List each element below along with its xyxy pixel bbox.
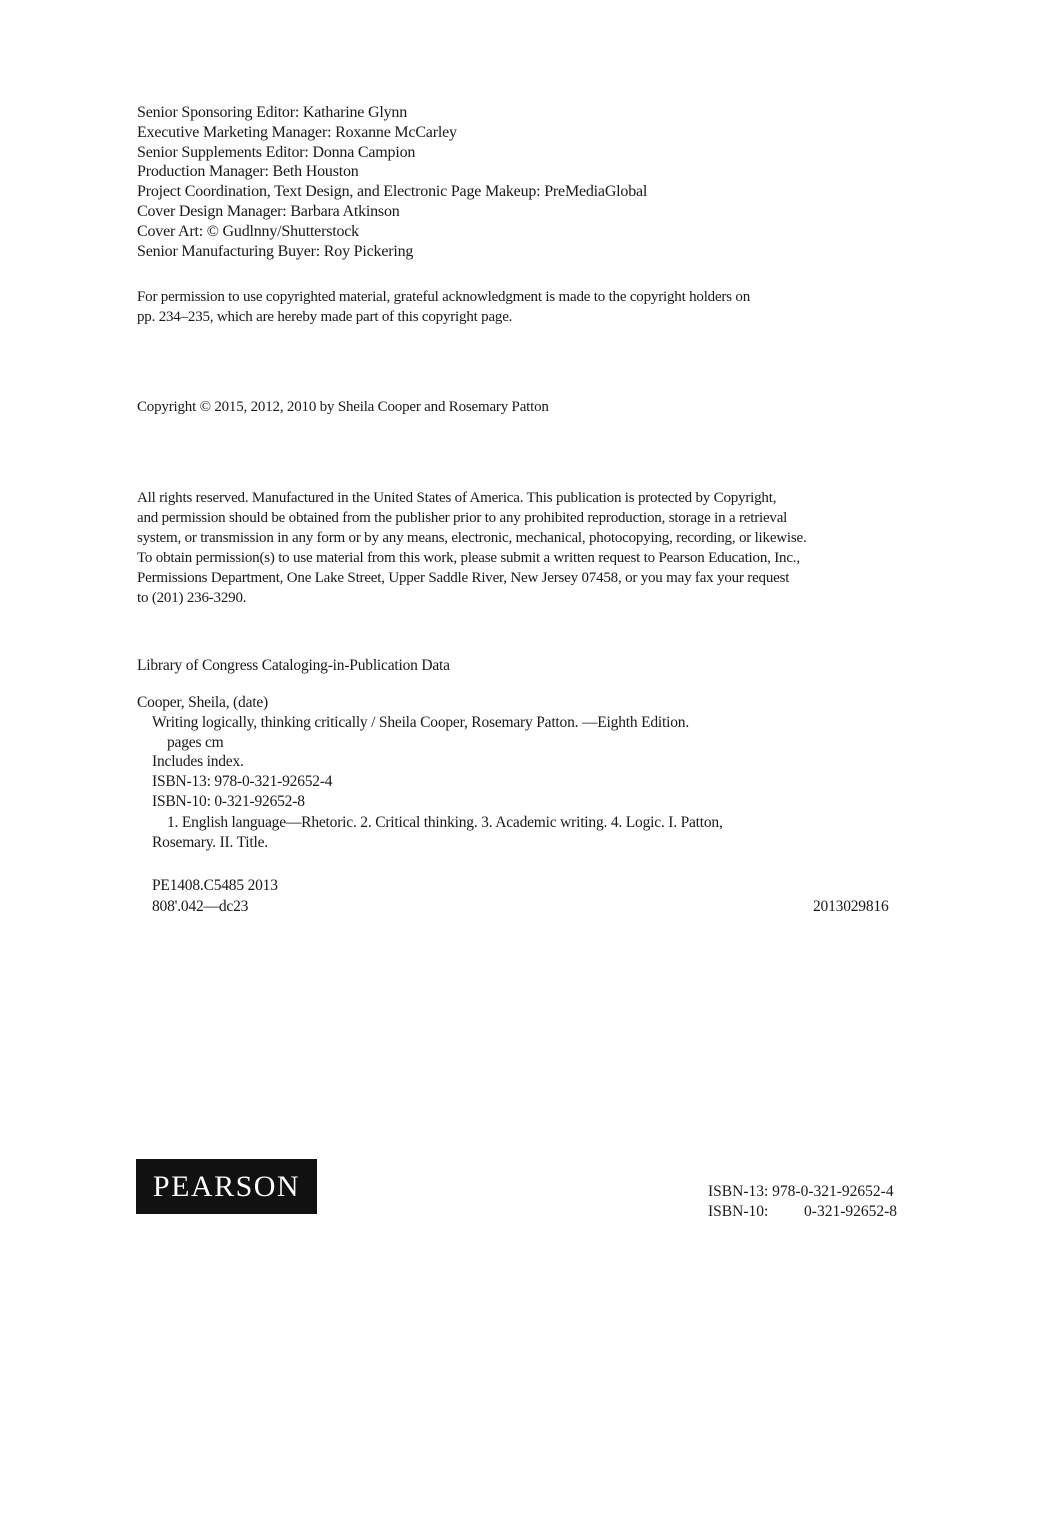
cip-subjects: 1. English language—Rhetoric. 2. Critica… bbox=[167, 813, 723, 833]
permission-line: pp. 234–235, which are hereby made part … bbox=[137, 307, 512, 327]
cip-isbn13: ISBN-13: 978-0-321-92652-4 bbox=[152, 772, 332, 792]
cip-lc-class: PE1408.C5485 2013 bbox=[152, 876, 278, 896]
footer-isbn13: ISBN-13: 978-0-321-92652-4 bbox=[708, 1182, 894, 1202]
permission-line: For permission to use copyrighted materi… bbox=[137, 287, 750, 307]
rights-line: To obtain permission(s) to use material … bbox=[137, 548, 800, 568]
rights-line: All rights reserved. Manufactured in the… bbox=[137, 488, 776, 508]
cip-subjects-cont: Rosemary. II. Title. bbox=[152, 833, 268, 853]
rights-line: system, or transmission in any form or b… bbox=[137, 528, 807, 548]
cip-isbn10: ISBN-10: 0-321-92652-8 bbox=[152, 792, 305, 812]
credit-line: Senior Supplements Editor: Donna Campion bbox=[137, 143, 415, 163]
isbn10-label: ISBN-10: bbox=[708, 1203, 768, 1220]
credit-line: Production Manager: Beth Houston bbox=[137, 162, 359, 182]
isbn10-value: 0-321-92652-8 bbox=[804, 1203, 897, 1220]
credit-line: Senior Manufacturing Buyer: Roy Pickerin… bbox=[137, 242, 413, 262]
copyright-line: Copyright © 2015, 2012, 2010 by Sheila C… bbox=[137, 397, 549, 417]
cip-author: Cooper, Sheila, (date) bbox=[137, 693, 268, 713]
pearson-logo: PEARSON bbox=[136, 1159, 317, 1214]
footer-isbn10: ISBN-10: 0-321-92652-8 bbox=[708, 1202, 897, 1222]
credit-line: Project Coordination, Text Design, and E… bbox=[137, 182, 647, 202]
credit-line: Cover Design Manager: Barbara Atkinson bbox=[137, 202, 400, 222]
cip-dewey: 808'.042—dc23 bbox=[152, 897, 248, 917]
isbn13-label: ISBN-13: bbox=[708, 1183, 768, 1200]
cip-lccn: 2013029816 bbox=[813, 897, 889, 917]
credit-line: Cover Art: © Gudlnny/Shutterstock bbox=[137, 222, 359, 242]
cip-includes: Includes index. bbox=[152, 752, 244, 772]
cip-heading: Library of Congress Cataloging-in-Public… bbox=[137, 656, 450, 676]
credit-line: Executive Marketing Manager: Roxanne McC… bbox=[137, 123, 457, 143]
isbn13-value: 978-0-321-92652-4 bbox=[772, 1183, 893, 1200]
rights-line: and permission should be obtained from t… bbox=[137, 508, 787, 528]
rights-line: to (201) 236-3290. bbox=[137, 588, 246, 608]
credit-line: Senior Sponsoring Editor: Katharine Glyn… bbox=[137, 103, 407, 123]
cip-title: Writing logically, thinking critically /… bbox=[152, 713, 689, 733]
cip-pages: pages cm bbox=[167, 733, 224, 753]
rights-line: Permissions Department, One Lake Street,… bbox=[137, 568, 789, 588]
